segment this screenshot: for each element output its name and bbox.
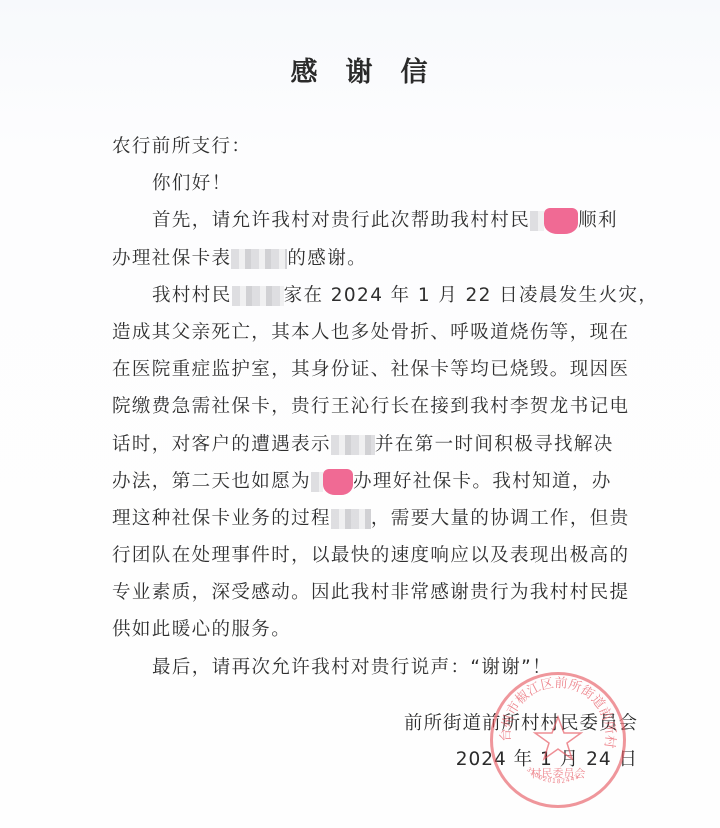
redaction-mask: [331, 435, 375, 455]
redaction-mask-pink: [544, 208, 578, 234]
paragraph-line: 行团队在处理事件时，以最快的速度响应以及表现出极高的: [112, 537, 614, 574]
paragraph-line: 供如此暖心的服务。: [112, 611, 614, 648]
text-segment: 办理社保卡表: [112, 248, 231, 269]
redaction-mask: [232, 286, 284, 306]
text-segment: 我村村民: [152, 285, 232, 306]
letter-body: 农行前所支行： 你们好！ 首先，请允许我村对贵行此次帮助我村村民顺利 办理社保卡…: [112, 128, 614, 686]
redaction-mask: [231, 249, 287, 269]
redaction-mask: [311, 472, 323, 492]
text-segment: 首先，请允许我村对贵行此次帮助我村村民: [152, 210, 530, 231]
paragraph-line: 院缴费急需社保卡，贵行王沁行长在接到我村李贺龙书记电: [112, 388, 614, 425]
signature-block: 前所街道前所村村民委员会 2024 年 1 月 24 日: [404, 706, 638, 778]
text-segment: 办法，第二天也如愿为: [112, 471, 311, 492]
greeting: 你们好！: [112, 165, 614, 202]
signature-date: 2024 年 1 月 24 日: [404, 742, 638, 778]
paragraph-line: 办法，第二天也如愿为办理好社保卡。我村知道，办: [112, 463, 614, 500]
redaction-mask-pink: [323, 469, 353, 495]
paragraph-line: 首先，请允许我村对贵行此次帮助我村村民顺利: [112, 202, 614, 239]
paragraph-line: 理这种社保卡业务的过程，需要大量的协调工作，但贵: [112, 500, 614, 537]
text-segment: 理这种社保卡业务的过程: [112, 508, 331, 529]
salutation: 农行前所支行：: [112, 128, 614, 165]
text-segment: 并在第一时间积极寻找解决: [375, 434, 614, 455]
letter-title: 感谢信: [0, 50, 720, 89]
paragraph-line: 专业素质，深受感动。因此我村非常感谢贵行为我村村民提: [112, 574, 614, 611]
paragraph-line: 在医院重症监护室，其身份证、社保卡等均已烧毁。现因医: [112, 351, 614, 388]
paragraph-line: 办理社保卡表的感谢。: [112, 240, 614, 277]
text-segment: 家在 2024 年 1 月 22 日凌晨发生火灾，: [284, 285, 659, 306]
text-segment: 顺利: [578, 210, 618, 231]
paragraph-line: 造成其父亲死亡，其本人也多处骨折、呼吸道烧伤等，现在: [112, 314, 614, 351]
redaction-mask: [331, 509, 371, 529]
text-segment: 办理好社保卡。我村知道，办: [353, 471, 612, 492]
paragraph-line: 话时，对客户的遭遇表示并在第一时间积极寻找解决: [112, 426, 614, 463]
signature-organization: 前所街道前所村村民委员会: [404, 706, 638, 742]
paragraph-line: 我村村民家在 2024 年 1 月 22 日凌晨发生火灾，: [112, 277, 614, 314]
text-segment: 话时，对客户的遭遇表示: [112, 434, 331, 455]
redaction-mask: [530, 211, 544, 231]
letter-page: 感谢信 农行前所支行： 你们好！ 首先，请允许我村对贵行此次帮助我村村民顺利 办…: [0, 0, 720, 828]
text-segment: 的感谢。: [287, 248, 367, 269]
closing-line: 最后，请再次允许我村对贵行说声：“谢谢”！: [112, 649, 614, 686]
text-segment: ，需要大量的协调工作，但贵: [371, 508, 630, 529]
